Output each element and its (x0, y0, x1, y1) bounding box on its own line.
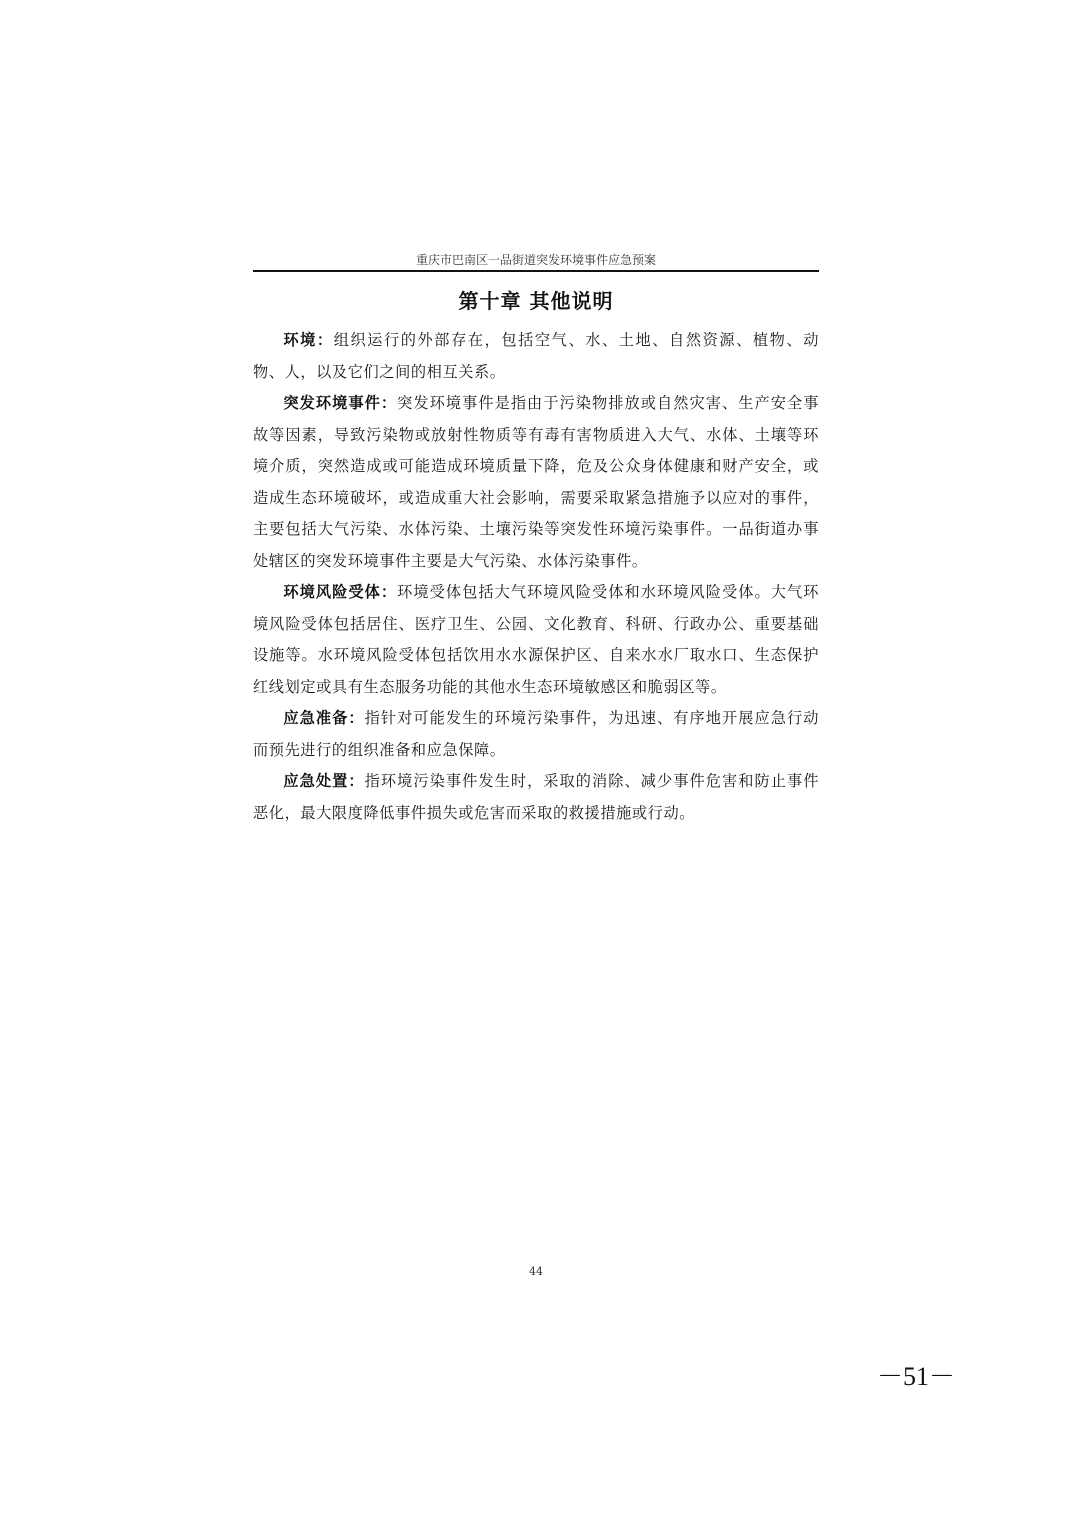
definition-environmental-risk-receptor: 环境风险受体：环境受体包括大气环境风险受体和水环境风险受体。大气环境风险受体包括… (253, 577, 819, 703)
definition-term: 突发环境事件： (283, 394, 397, 412)
inner-page-number: 44 (253, 1265, 819, 1278)
definition-term: 环境风险受体： (283, 583, 397, 601)
chapter-title: 第十章 其他说明 (253, 286, 819, 316)
definition-environment: 环境：组织运行的外部存在，包括空气、水、土地、自然资源、植物、动物、人，以及它们… (253, 325, 819, 388)
definition-term: 应急准备： (283, 709, 364, 727)
header-divider (253, 270, 819, 272)
running-header: 重庆市巴南区一品街道突发环境事件应急预案 (253, 252, 819, 268)
definitions-body: 环境：组织运行的外部存在，包括空气、水、土地、自然资源、植物、动物、人，以及它们… (253, 325, 819, 829)
outer-page-number: －51－ (877, 1362, 955, 1392)
definition-text: 突发环境事件是指由于污染物排放或自然灾害、生产安全事故等因素，导致污染物或放射性… (253, 394, 819, 570)
definition-emergency-response: 应急处置：指环境污染事件发生时，采取的消除、减少事件危害和防止事件恶化，最大限度… (253, 766, 819, 829)
definition-emergency-preparation: 应急准备：指针对可能发生的环境污染事件，为迅速、有序地开展应急行动而预先进行的组… (253, 703, 819, 766)
definition-term: 环境： (283, 331, 333, 349)
definition-text: 组织运行的外部存在，包括空气、水、土地、自然资源、植物、动物、人，以及它们之间的… (253, 331, 819, 381)
definition-term: 应急处置： (283, 772, 364, 790)
definition-sudden-environmental-event: 突发环境事件：突发环境事件是指由于污染物排放或自然灾害、生产安全事故等因素，导致… (253, 388, 819, 577)
